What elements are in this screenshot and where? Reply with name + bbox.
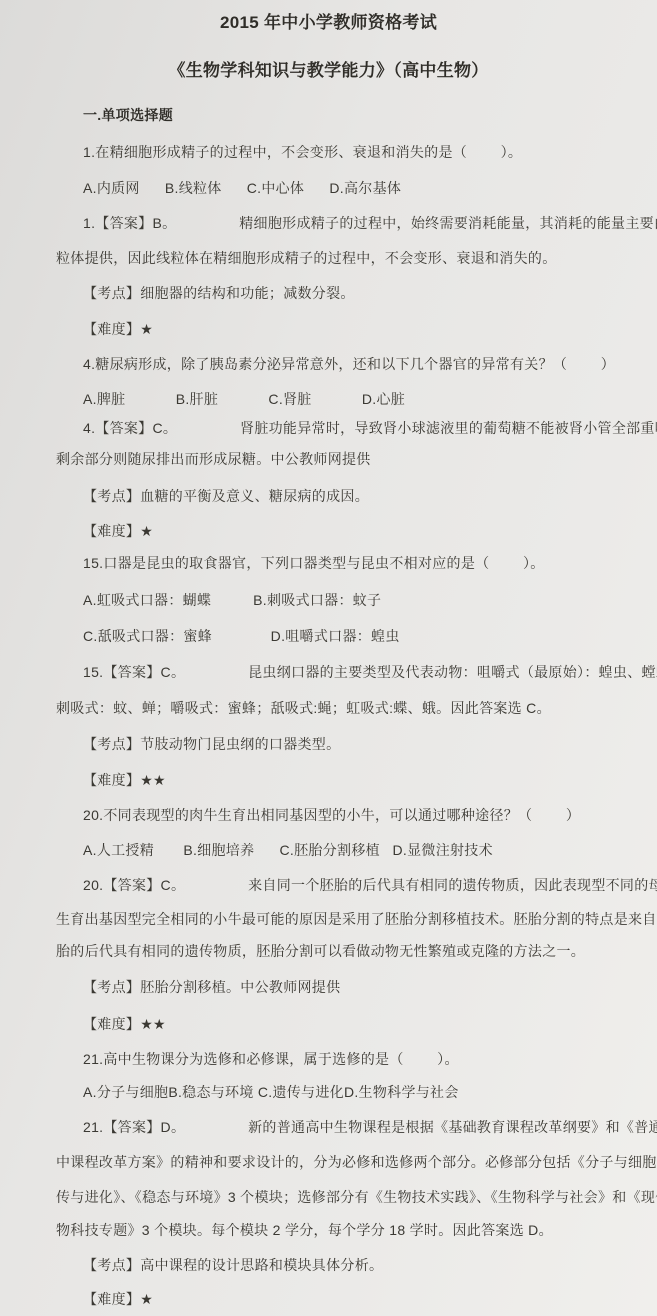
question-stem: 1.在精细胞形成精子的过程中，不会变形、衰退和消失的是（ ）。 (0, 142, 657, 162)
explanation-line: 剩余部分则随尿排出而形成尿糖。中公教师网提供 (0, 449, 657, 469)
keypoint-line: 【考点】高中课程的设计思路和模块具体分析。 (0, 1255, 657, 1275)
options-line: C.舐吸式口器：蜜蜂 D.咀嚼式口器：蝗虫 (0, 626, 657, 646)
difficulty-line: 【难度】★ (0, 1289, 657, 1309)
options-line: A.人工授精 B.细胞培养 C.胚胎分割移植 D.显微注射技术 (0, 840, 657, 860)
explanation-line: 胎的后代具有相同的遗传物质，胚胎分割可以看做动物无性繁殖或克隆的方法之一。 (0, 941, 657, 961)
answer-line: 1.【答案】B。 精细胞形成精子的过程中，始终需要消耗能量，其消耗的能量主要由线 (0, 213, 657, 233)
answer-line: 4.【答案】C。 肾脏功能异常时，导致肾小球滤液里的葡萄糖不能被肾小管全部重吸收… (0, 418, 657, 438)
question-stem: 20.不同表现型的肉牛生育出相同基因型的小牛，可以通过哪种途径？（ ） (0, 805, 657, 825)
options-line: A.内质网 B.线粒体 C.中心体 D.高尔基体 (0, 178, 657, 198)
difficulty-line: 【难度】★ (0, 521, 657, 541)
question-stem: 21.高中生物课分为选修和必修课，属于选修的是（ ）。 (0, 1049, 657, 1069)
keypoint-line: 【考点】细胞器的结构和功能；减数分裂。 (0, 283, 657, 303)
difficulty-line: 【难度】★ (0, 319, 657, 339)
keypoint-line: 【考点】胚胎分割移植。中公教师网提供 (0, 977, 657, 997)
explanation-line: 传与进化》、《稳态与环境》3 个模块；选修部分有《生物技术实践》、《生物科学与社… (0, 1187, 657, 1207)
question-stem: 15.口器是昆虫的取食器官，下列口器类型与昆虫不相对应的是（ ）。 (0, 553, 657, 573)
difficulty-line: 【难度】★★ (0, 770, 657, 790)
question-stem: 4.糖尿病形成，除了胰岛素分泌异常意外，还和以下几个器官的异常有关？（ ） (0, 354, 657, 374)
answer-line: 15.【答案】C。 昆虫纲口器的主要类型及代表动物：咀嚼式（最原始）：蝗虫、螳螂… (0, 662, 657, 682)
options-line: A.分子与细胞B.稳态与环境 C.遗传与进化D.生物科学与社会 (0, 1082, 657, 1102)
explanation-line: 粒体提供，因此线粒体在精细胞形成精子的过程中，不会变形、衰退和消失的。 (0, 248, 657, 268)
document-page: 2015 年中小学教师资格考试《生物学科知识与教学能力》（高中生物）一.单项选择… (0, 0, 657, 1316)
section-heading: 一.单项选择题 (0, 105, 657, 125)
doc-title: 2015 年中小学教师资格考试 (0, 11, 657, 35)
answer-line: 20.【答案】C。 来自同一个胚胎的后代具有相同的遗传物质，因此表现型不同的母牛 (0, 875, 657, 895)
explanation-line: 生育出基因型完全相同的小牛最可能的原因是采用了胚胎分割移植技术。胚胎分割的特点是… (0, 909, 657, 929)
doc-subtitle: 《生物学科知识与教学能力》（高中生物） (0, 59, 657, 83)
options-line: A.脾脏 B.肝脏 C.肾脏 D.心脏 (0, 389, 657, 409)
explanation-line: 刺吸式：蚊、蝉；嚼吸式：蜜蜂；舐吸式:蝇；虹吸式:蝶、蛾。因此答案选 C。 (0, 698, 657, 718)
answer-line: 21.【答案】D。 新的普通高中生物课程是根据《基础教育课程改革纲要》和《普通高 (0, 1117, 657, 1137)
keypoint-line: 【考点】血糖的平衡及意义、糖尿病的成因。 (0, 486, 657, 506)
explanation-line: 中课程改革方案》的精神和要求设计的，分为必修和选修两个部分。必修部分包括《分子与… (0, 1152, 657, 1172)
explanation-line: 物科技专题》3 个模块。每个模块 2 学分，每个学分 18 学时。因此答案选 D… (0, 1220, 657, 1240)
difficulty-line: 【难度】★★ (0, 1014, 657, 1034)
options-line: A.虹吸式口器：蝴蝶 B.刺吸式口器：蚊子 (0, 590, 657, 610)
keypoint-line: 【考点】节肢动物门昆虫纲的口器类型。 (0, 734, 657, 754)
